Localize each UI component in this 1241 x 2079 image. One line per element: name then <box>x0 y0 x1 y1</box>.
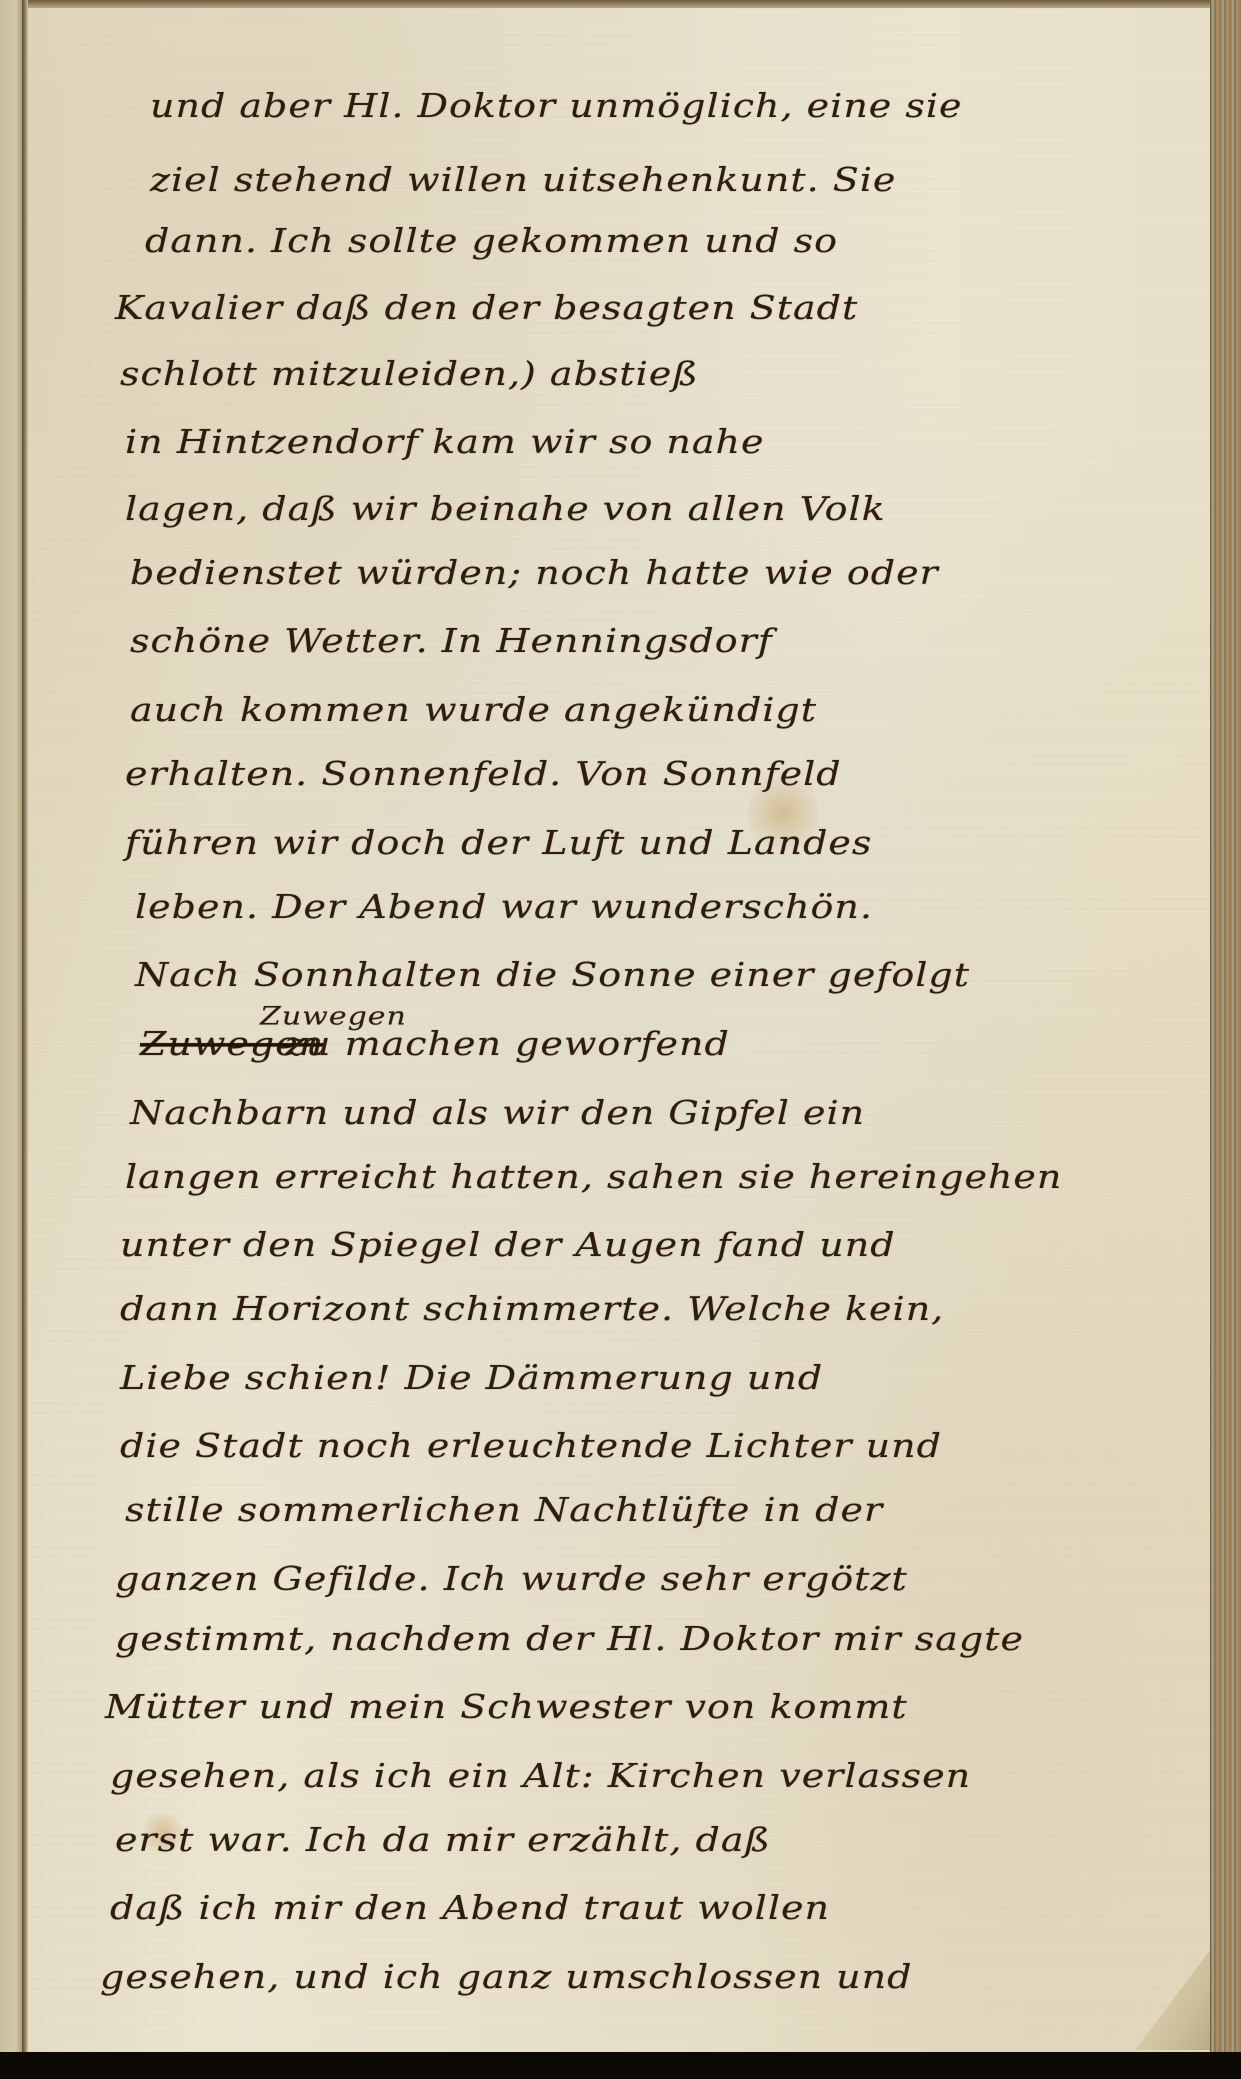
manuscript-line: bedienstet würden; noch hatte wie oder <box>130 554 939 591</box>
manuscript-line: dann. Ich sollte gekommen und so <box>145 222 838 259</box>
manuscript-line: daß ich mir den Abend traut wollen <box>110 1889 830 1926</box>
manuscript-line: führen wir doch der Luft und Landes <box>125 824 872 861</box>
manuscript-line: erhalten. Sonnenfeld. Von Sonnfeld <box>125 755 842 792</box>
manuscript-line: und aber Hl. Doktor unmöglich, eine sie <box>150 87 963 124</box>
scan-bottom-border <box>0 2052 1241 2079</box>
manuscript-line: langen erreicht hatten, sahen sie herein… <box>125 1158 1062 1195</box>
manuscript-line: schöne Wetter. In Henningsdorf <box>130 622 773 659</box>
manuscript-line: stille sommerlichen Nachtlüfte in der <box>125 1491 883 1528</box>
manuscript-line: schlott mitzuleiden,) abstieß <box>120 355 699 392</box>
manuscript-line: zu machen geworfend <box>285 1025 730 1062</box>
manuscript-line: leben. Der Abend war wunderschön. <box>135 888 873 925</box>
manuscript-line: ziel stehend willen uitsehenkunt. Sie <box>150 161 896 198</box>
manuscript-line: Nachbarn und als wir den Gipfel ein <box>130 1094 865 1131</box>
handwritten-text: und aber Hl. Doktor unmöglich, eine siez… <box>0 0 1241 2052</box>
manuscript-line: Liebe schien! Die Dämmerung und <box>120 1359 823 1396</box>
manuscript-line: dann Horizont schimmerte. Welche kein, <box>120 1290 944 1327</box>
manuscript-line: gesehen, und ich ganz umschlossen und <box>100 1958 912 1995</box>
manuscript-line: Nach Sonnhalten die Sonne einer gefolgt <box>135 956 970 993</box>
manuscript-line: lagen, daß wir beinahe von allen Volk <box>125 490 886 527</box>
manuscript-line: gesehen, als ich ein Alt: Kirchen verlas… <box>110 1757 971 1794</box>
manuscript-scan: und aber Hl. Doktor unmöglich, eine siez… <box>0 0 1241 2052</box>
manuscript-line: gestimmt, nachdem der Hl. Doktor mir sag… <box>115 1620 1024 1657</box>
manuscript-line: erst war. Ich da mir erzählt, daß <box>115 1821 771 1858</box>
manuscript-line: ganzen Gefilde. Ich wurde sehr ergötzt <box>115 1560 908 1597</box>
manuscript-line: in Hintzendorf kam wir so nahe <box>125 423 765 460</box>
manuscript-line: die Stadt noch erleuchtende Lichter und <box>120 1427 942 1464</box>
manuscript-line: unter den Spiegel der Augen fand und <box>120 1226 896 1263</box>
manuscript-line: auch kommen wurde angekündigt <box>130 691 817 728</box>
manuscript-line: Mütter und mein Schwester von kommt <box>105 1688 908 1725</box>
manuscript-line: Kavalier daß den der besagten Stadt <box>115 289 858 326</box>
